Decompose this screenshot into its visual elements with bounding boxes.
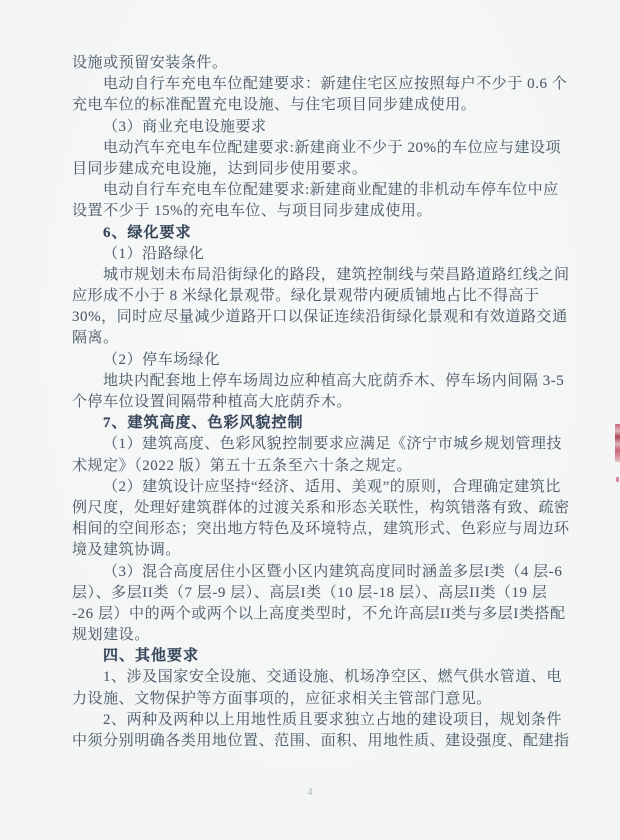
text-line: （2）建筑设计应坚持“经济、适用、美观”的原则，合理确定建筑比 [72, 477, 556, 498]
text-line: 目同步建成充电设施，达到同步使用要求。 [72, 159, 556, 180]
text-line: 电动自行车充电车位配建要求:新建商业配建的非机动车停车位中应 [72, 180, 556, 201]
text-line: 设置不少于 15%的充电车位、与项目同步建成使用。 [72, 201, 556, 222]
document-page: 设施或预留安装条件。电动自行车充电车位配建要求：新建住宅区应按照每户不少于 0.… [0, 0, 620, 840]
text-line: 2、两种及两种以上用地性质且要求独立占地的建设项目，规划条件 [72, 710, 556, 731]
heading-line: 四、其他要求 [72, 646, 556, 667]
text-line: 境及建筑协调。 [72, 540, 556, 561]
text-line: 1、涉及国家安全设施、交通设施、机场净空区、燃气供水管道、电 [72, 667, 556, 688]
text-line: 力设施、文物保护等方面事项的，应征求相关主管部门意见。 [72, 689, 556, 710]
text-line: 应形成不小于 8 米绿化景观带。绿化景观带内硬质铺地占比不得高于 [72, 286, 556, 307]
text-line: （1）沿路绿化 [72, 244, 556, 265]
text-line: 相间的空间形态；突出地方特色及环境特点，建筑形式、色彩应与周边环 [72, 519, 556, 540]
text-line: 隔离。 [72, 328, 556, 349]
text-line: 30%，同时应尽量减少道路开口以保证连续沿街绿化景观和有效道路交通 [72, 307, 556, 328]
text-line: 个停车位设置间隔带种植高大庇荫乔木。 [72, 392, 556, 413]
text-line: 例尺度，处理好建筑群体的过渡关系和形态关联性，构筑错落有致、疏密 [72, 498, 556, 519]
red-seal-dot [616, 477, 619, 482]
text-line: 规划建设。 [72, 625, 556, 646]
text-line: 层）、多层II类（7 层-9 层）、高层I类（10 层-18 层）、高层II类（… [72, 583, 556, 604]
text-line: （3）混合高度居住小区暨小区内建筑高度同时涵盖多层I类（4 层-6 [72, 562, 556, 583]
heading-line: 6、绿化要求 [72, 223, 556, 244]
red-seal-fragment [615, 424, 620, 462]
text-line: 术规定》（2022 版）第五十五条至六十条之规定。 [72, 456, 556, 477]
text-line: 电动自行车充电车位配建要求：新建住宅区应按照每户不少于 0.6 个 [72, 74, 556, 95]
text-line: （3）商业充电设施要求 [72, 117, 556, 138]
text-line: （2）停车场绿化 [72, 350, 556, 371]
text-line: -26 层）中的两个或两个以上高度类型时，不允许高层II类与多层I类搭配 [72, 604, 556, 625]
document-body: 设施或预留安装条件。电动自行车充电车位配建要求：新建住宅区应按照每户不少于 0.… [72, 53, 556, 752]
text-line: 充电车位的标准配置充电设施、与住宅项目同步建成使用。 [72, 95, 556, 116]
text-line: 中须分别明确各类用地位置、范围、面积、用地性质、建设强度、配建指 [72, 731, 556, 752]
text-line: （1）建筑高度、色彩风貌控制要求应满足《济宁市城乡规划管理技 [72, 434, 556, 455]
page-number: 4 [0, 786, 620, 798]
heading-line: 7、建筑高度、色彩风貌控制 [72, 413, 556, 434]
text-line: 设施或预留安装条件。 [72, 53, 556, 74]
text-line: 电动汽车充电车位配建要求:新建商业不少于 20%的车位应与建设项 [72, 138, 556, 159]
text-line: 城市规划未布局沿街绿化的路段，建筑控制线与荣昌路道路红线之间 [72, 265, 556, 286]
text-line: 地块内配套地上停车场周边应种植高大庇荫乔木、停车场内间隔 3-5 [72, 371, 556, 392]
